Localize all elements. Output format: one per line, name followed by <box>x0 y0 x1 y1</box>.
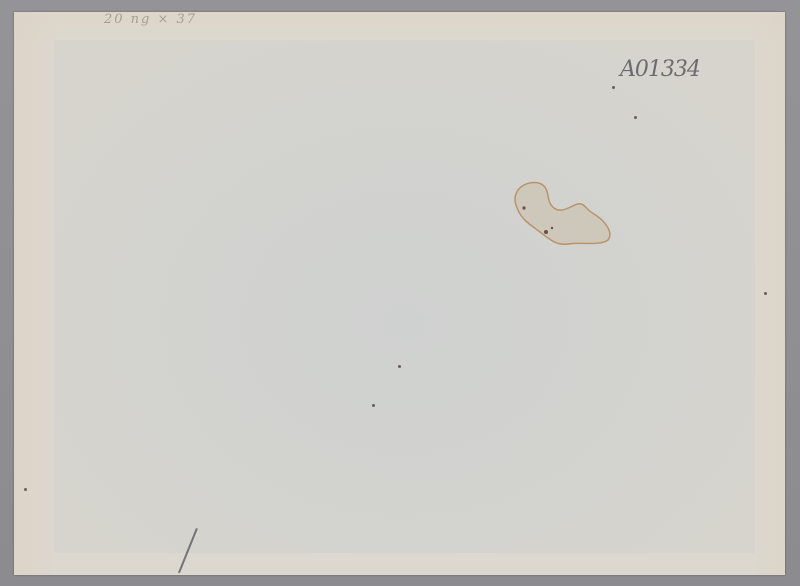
paper-sheet <box>14 12 785 575</box>
speck <box>612 86 615 89</box>
speck <box>24 488 27 491</box>
paper-center <box>54 40 755 553</box>
speck <box>398 365 401 368</box>
foxing-stain <box>510 180 620 250</box>
speck <box>372 404 375 407</box>
speck <box>634 116 637 119</box>
pencil-note: 20 ng × 37 <box>104 12 197 27</box>
speck <box>764 292 767 295</box>
inventory-number: A01334 <box>620 57 700 82</box>
